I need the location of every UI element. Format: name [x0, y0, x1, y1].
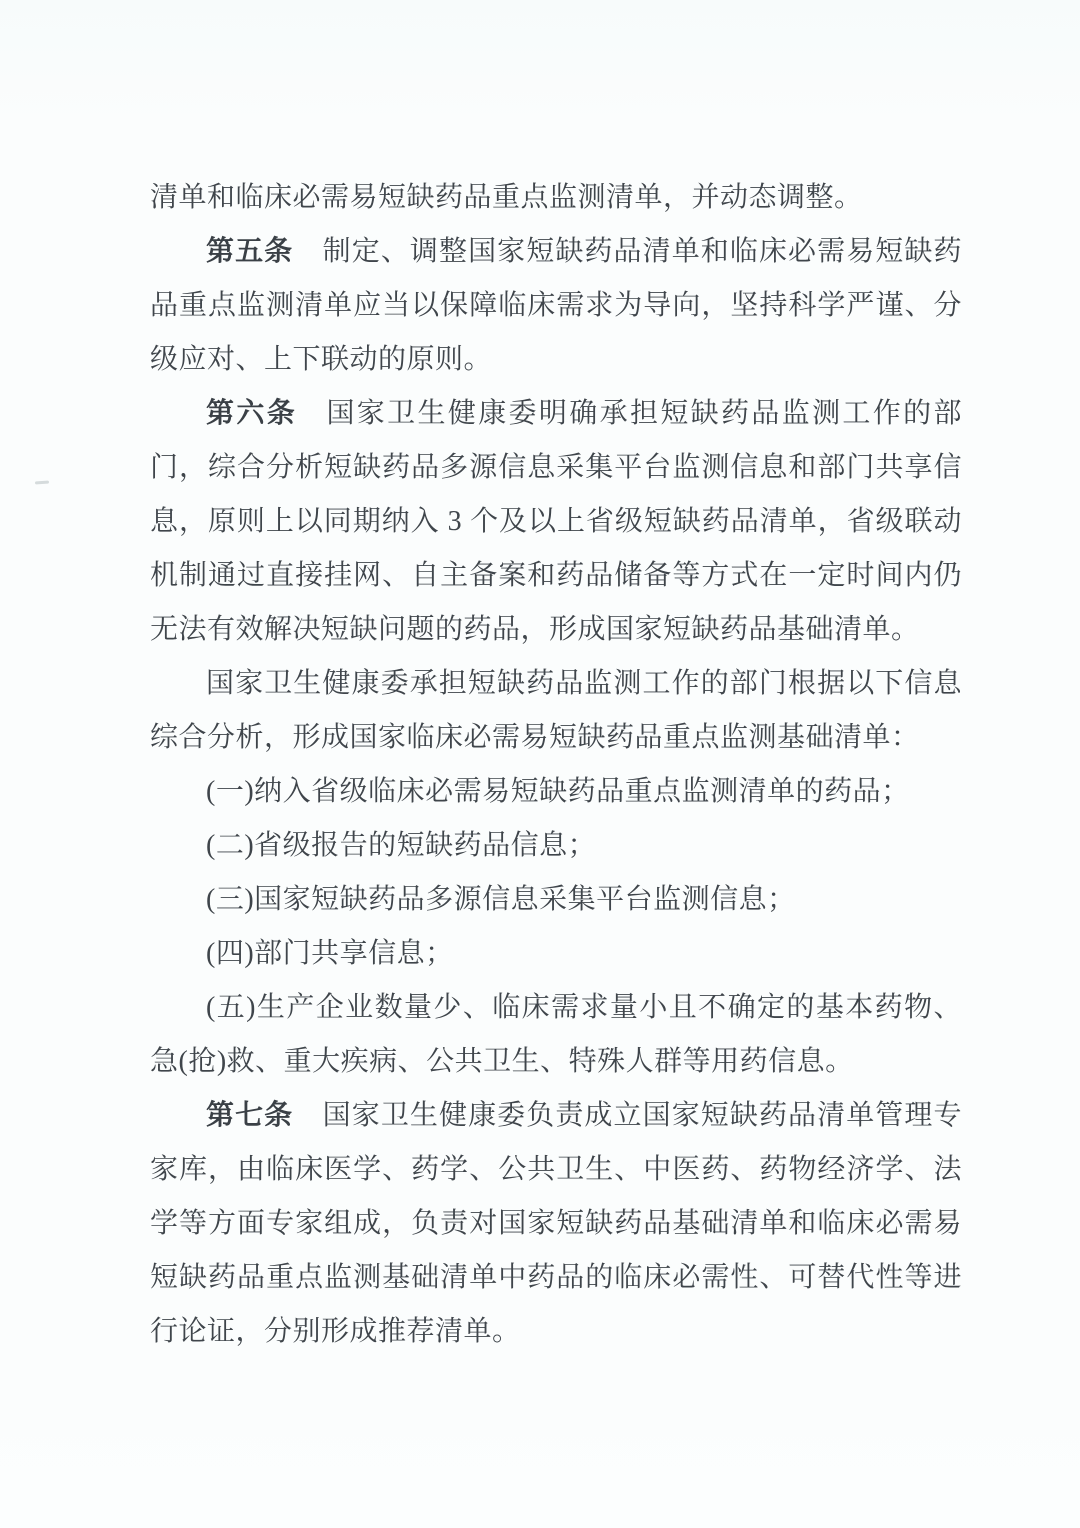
paragraph-text: (一)纳入省级临床必需易短缺药品重点监测清单的药品； [206, 776, 910, 807]
list-item-1: (一)纳入省级临床必需易短缺药品重点监测清单的药品； [150, 765, 962, 819]
paragraph-text: 国家卫生健康委明确承担短缺药品监测工作的部门，综合分析短缺药品多源信息采集平台监… [150, 398, 962, 645]
paragraph-basis-intro: 国家卫生健康委承担短缺药品监测工作的部门根据以下信息综合分析，形成国家临床必需易… [150, 657, 962, 765]
paragraph-text: (四)部门共享信息； [206, 938, 454, 969]
paragraph-article-7: 第七条国家卫生健康委负责成立国家短缺药品清单管理专家库，由临床医学、药学、公共卫… [150, 1089, 962, 1359]
article-number: 第五条 [206, 236, 293, 267]
paragraph-article-6: 第六条国家卫生健康委明确承担短缺药品监测工作的部门，综合分析短缺药品多源信息采集… [150, 387, 962, 657]
list-item-4: (四)部门共享信息； [150, 927, 962, 981]
paragraph-text: 国家卫生健康委承担短缺药品监测工作的部门根据以下信息综合分析，形成国家临床必需易… [150, 668, 962, 753]
document-page: 清单和临床必需易短缺药品重点监测清单，并动态调整。 第五条制定、调整国家短缺药品… [150, 171, 962, 1359]
list-item-3: (三)国家短缺药品多源信息采集平台监测信息； [150, 873, 962, 927]
list-item-5: (五)生产企业数量少、临床需求量小且不确定的基本药物、急(抢)救、重大疾病、公共… [150, 981, 962, 1089]
article-number: 第六条 [206, 398, 297, 429]
paragraph-article-5: 第五条制定、调整国家短缺药品清单和临床必需易短缺药品重点监测清单应当以保障临床需… [150, 225, 962, 387]
paragraph-text: (五)生产企业数量少、临床需求量小且不确定的基本药物、急(抢)救、重大疾病、公共… [150, 992, 962, 1077]
paragraph-text: (二)省级报告的短缺药品信息； [206, 830, 596, 861]
paragraph-text: (三)国家短缺药品多源信息采集平台监测信息； [206, 884, 796, 915]
paragraph-text: 清单和临床必需易短缺药品重点监测清单，并动态调整。 [150, 182, 863, 213]
paragraph-text: 国家卫生健康委负责成立国家短缺药品清单管理专家库，由临床医学、药学、公共卫生、中… [150, 1100, 962, 1347]
scan-artifact [35, 481, 49, 485]
paragraph-continuation: 清单和临床必需易短缺药品重点监测清单，并动态调整。 [150, 171, 962, 225]
list-item-2: (二)省级报告的短缺药品信息； [150, 819, 962, 873]
article-number: 第七条 [206, 1100, 293, 1131]
